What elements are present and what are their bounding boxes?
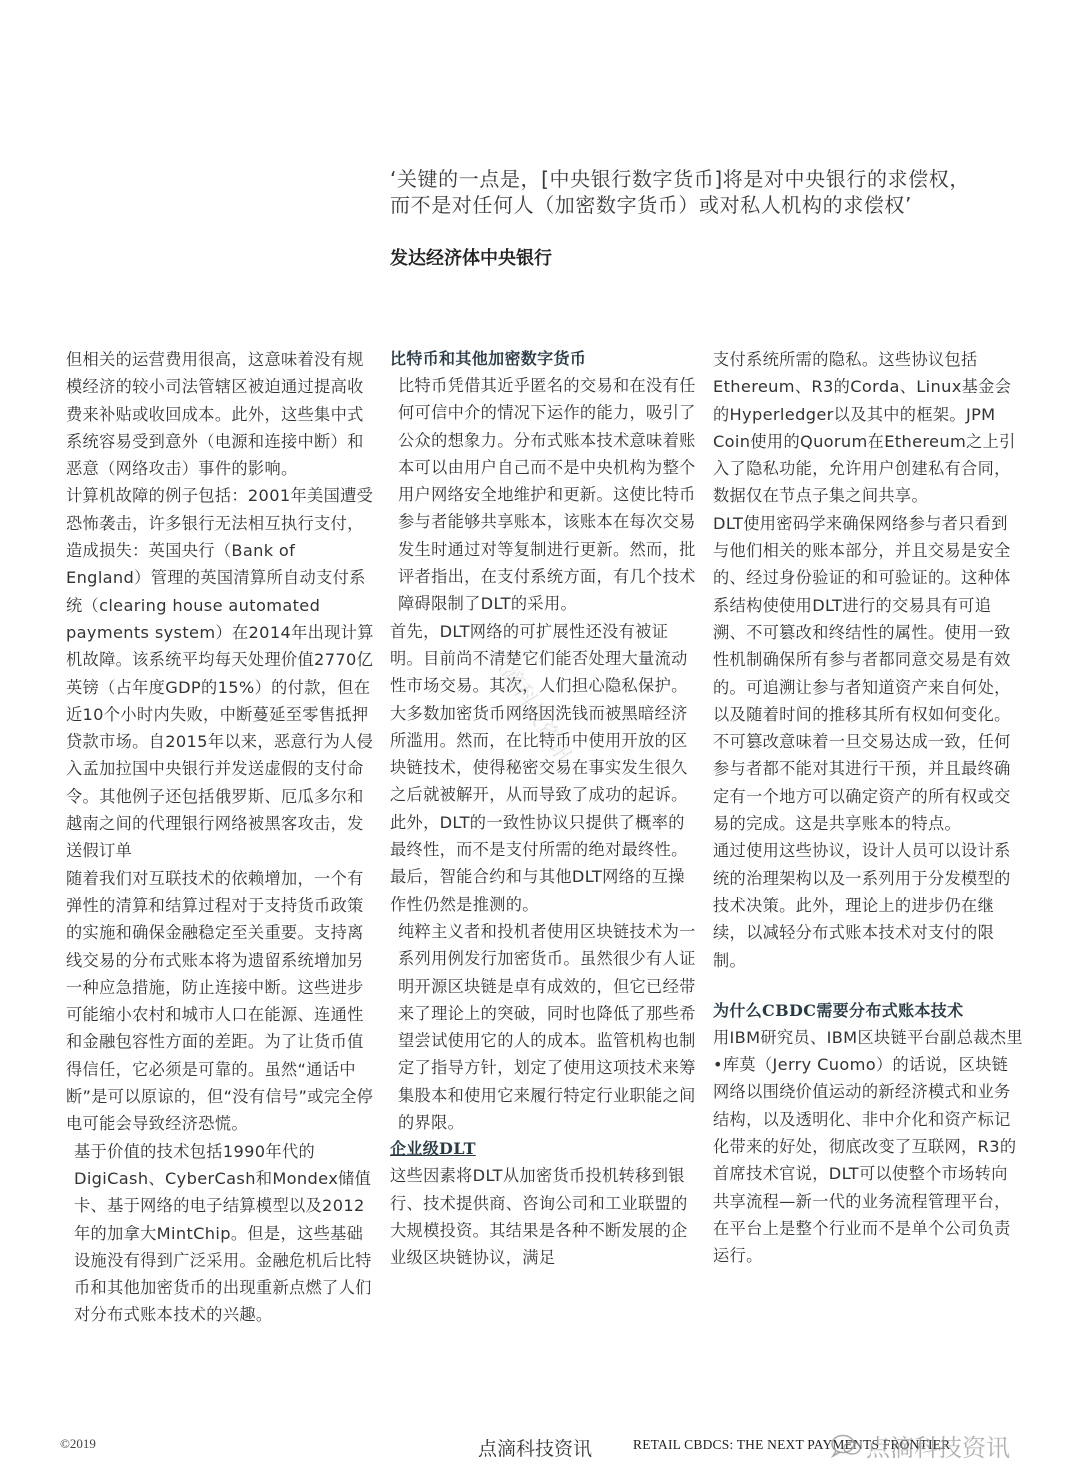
pull-quote: ‘关键的一点是，[中央银行数字货币]将是对中央银行的求偿权，而不是对任何人（加密… <box>390 166 980 218</box>
paragraph: 计算机故障的例子包括：2001年美国遭受恐怖袭击，许多银行无法相互执行支付，造成… <box>66 482 376 864</box>
paragraph: 用IBM研究员、IBM区块链平台副总裁杰里•库莫（Jerry Cuomo）的话说… <box>713 1024 1023 1270</box>
paragraph: 这些因素将DLT从加密货币投机转移到银行、技术提供商、咨询公司和工业联盟的大规模… <box>390 1162 700 1271</box>
paragraph: 首先，DLT网络的可扩展性还没有被证明。目前尚不清楚它们能否处理大量流动性市场交… <box>390 618 700 918</box>
paragraph: 但相关的运营费用很高，这意味着没有规模经济的较小司法管辖区被迫通过提高收费来补贴… <box>66 346 376 482</box>
footer-copyright: ©2019 <box>60 1436 96 1452</box>
column-3: 支付系统所需的隐私。这些协议包括Ethereum、R3的Corda、Linux基… <box>713 346 1023 1270</box>
section-heading-bitcoin: 比特币和其他加密数字货币 <box>390 346 700 372</box>
pull-quote-source: 发达经济体中央银行 <box>390 244 552 270</box>
section-heading-why-cbdc: 为什么CBDC需要分布式账本技术 <box>713 998 1023 1024</box>
paragraph: 基于价值的技术包括1990年代的DigiCash、CyberCash和Monde… <box>66 1138 376 1329</box>
paragraph: DLT使用密码学来确保网络参与者只看到与他们相关的账本部分，并且交易是安全的、经… <box>713 510 1023 838</box>
paragraph: 比特币凭借其近乎匿名的交易和在没有任何可信中介的情况下运作的能力，吸引了公众的想… <box>390 372 700 618</box>
wechat-icon <box>830 1433 862 1459</box>
column-1: 但相关的运营费用很高，这意味着没有规模经济的较小司法管辖区被迫通过提高收费来补贴… <box>66 346 376 1329</box>
paragraph: 随着我们对互联技术的依赖增加，一个有弹性的清算和结算过程对于支持货币政策的实施和… <box>66 865 376 1138</box>
section-heading-enterprise-dlt: 企业级DLT <box>390 1136 700 1162</box>
paragraph: 通过使用这些协议，设计人员可以设计系统的治理架构以及一系列用于分发模型的技术决策… <box>713 837 1023 973</box>
paragraph: 纯粹主义者和投机者使用区块链技术为一系列用例发行加密货币。虽然很少有人证明开源区… <box>390 918 700 1136</box>
watermark-text: 点滴科技资讯 <box>866 1428 1010 1463</box>
footer-brand: 点滴科技资讯 <box>478 1434 592 1461</box>
wechat-watermark: 点滴科技资讯 <box>830 1428 1010 1463</box>
paragraph: 支付系统所需的隐私。这些协议包括Ethereum、R3的Corda、Linux基… <box>713 346 1023 510</box>
column-2: 比特币和其他加密数字货币 比特币凭借其近乎匿名的交易和在没有任何可信中介的情况下… <box>390 346 700 1272</box>
spacer <box>713 974 1023 998</box>
